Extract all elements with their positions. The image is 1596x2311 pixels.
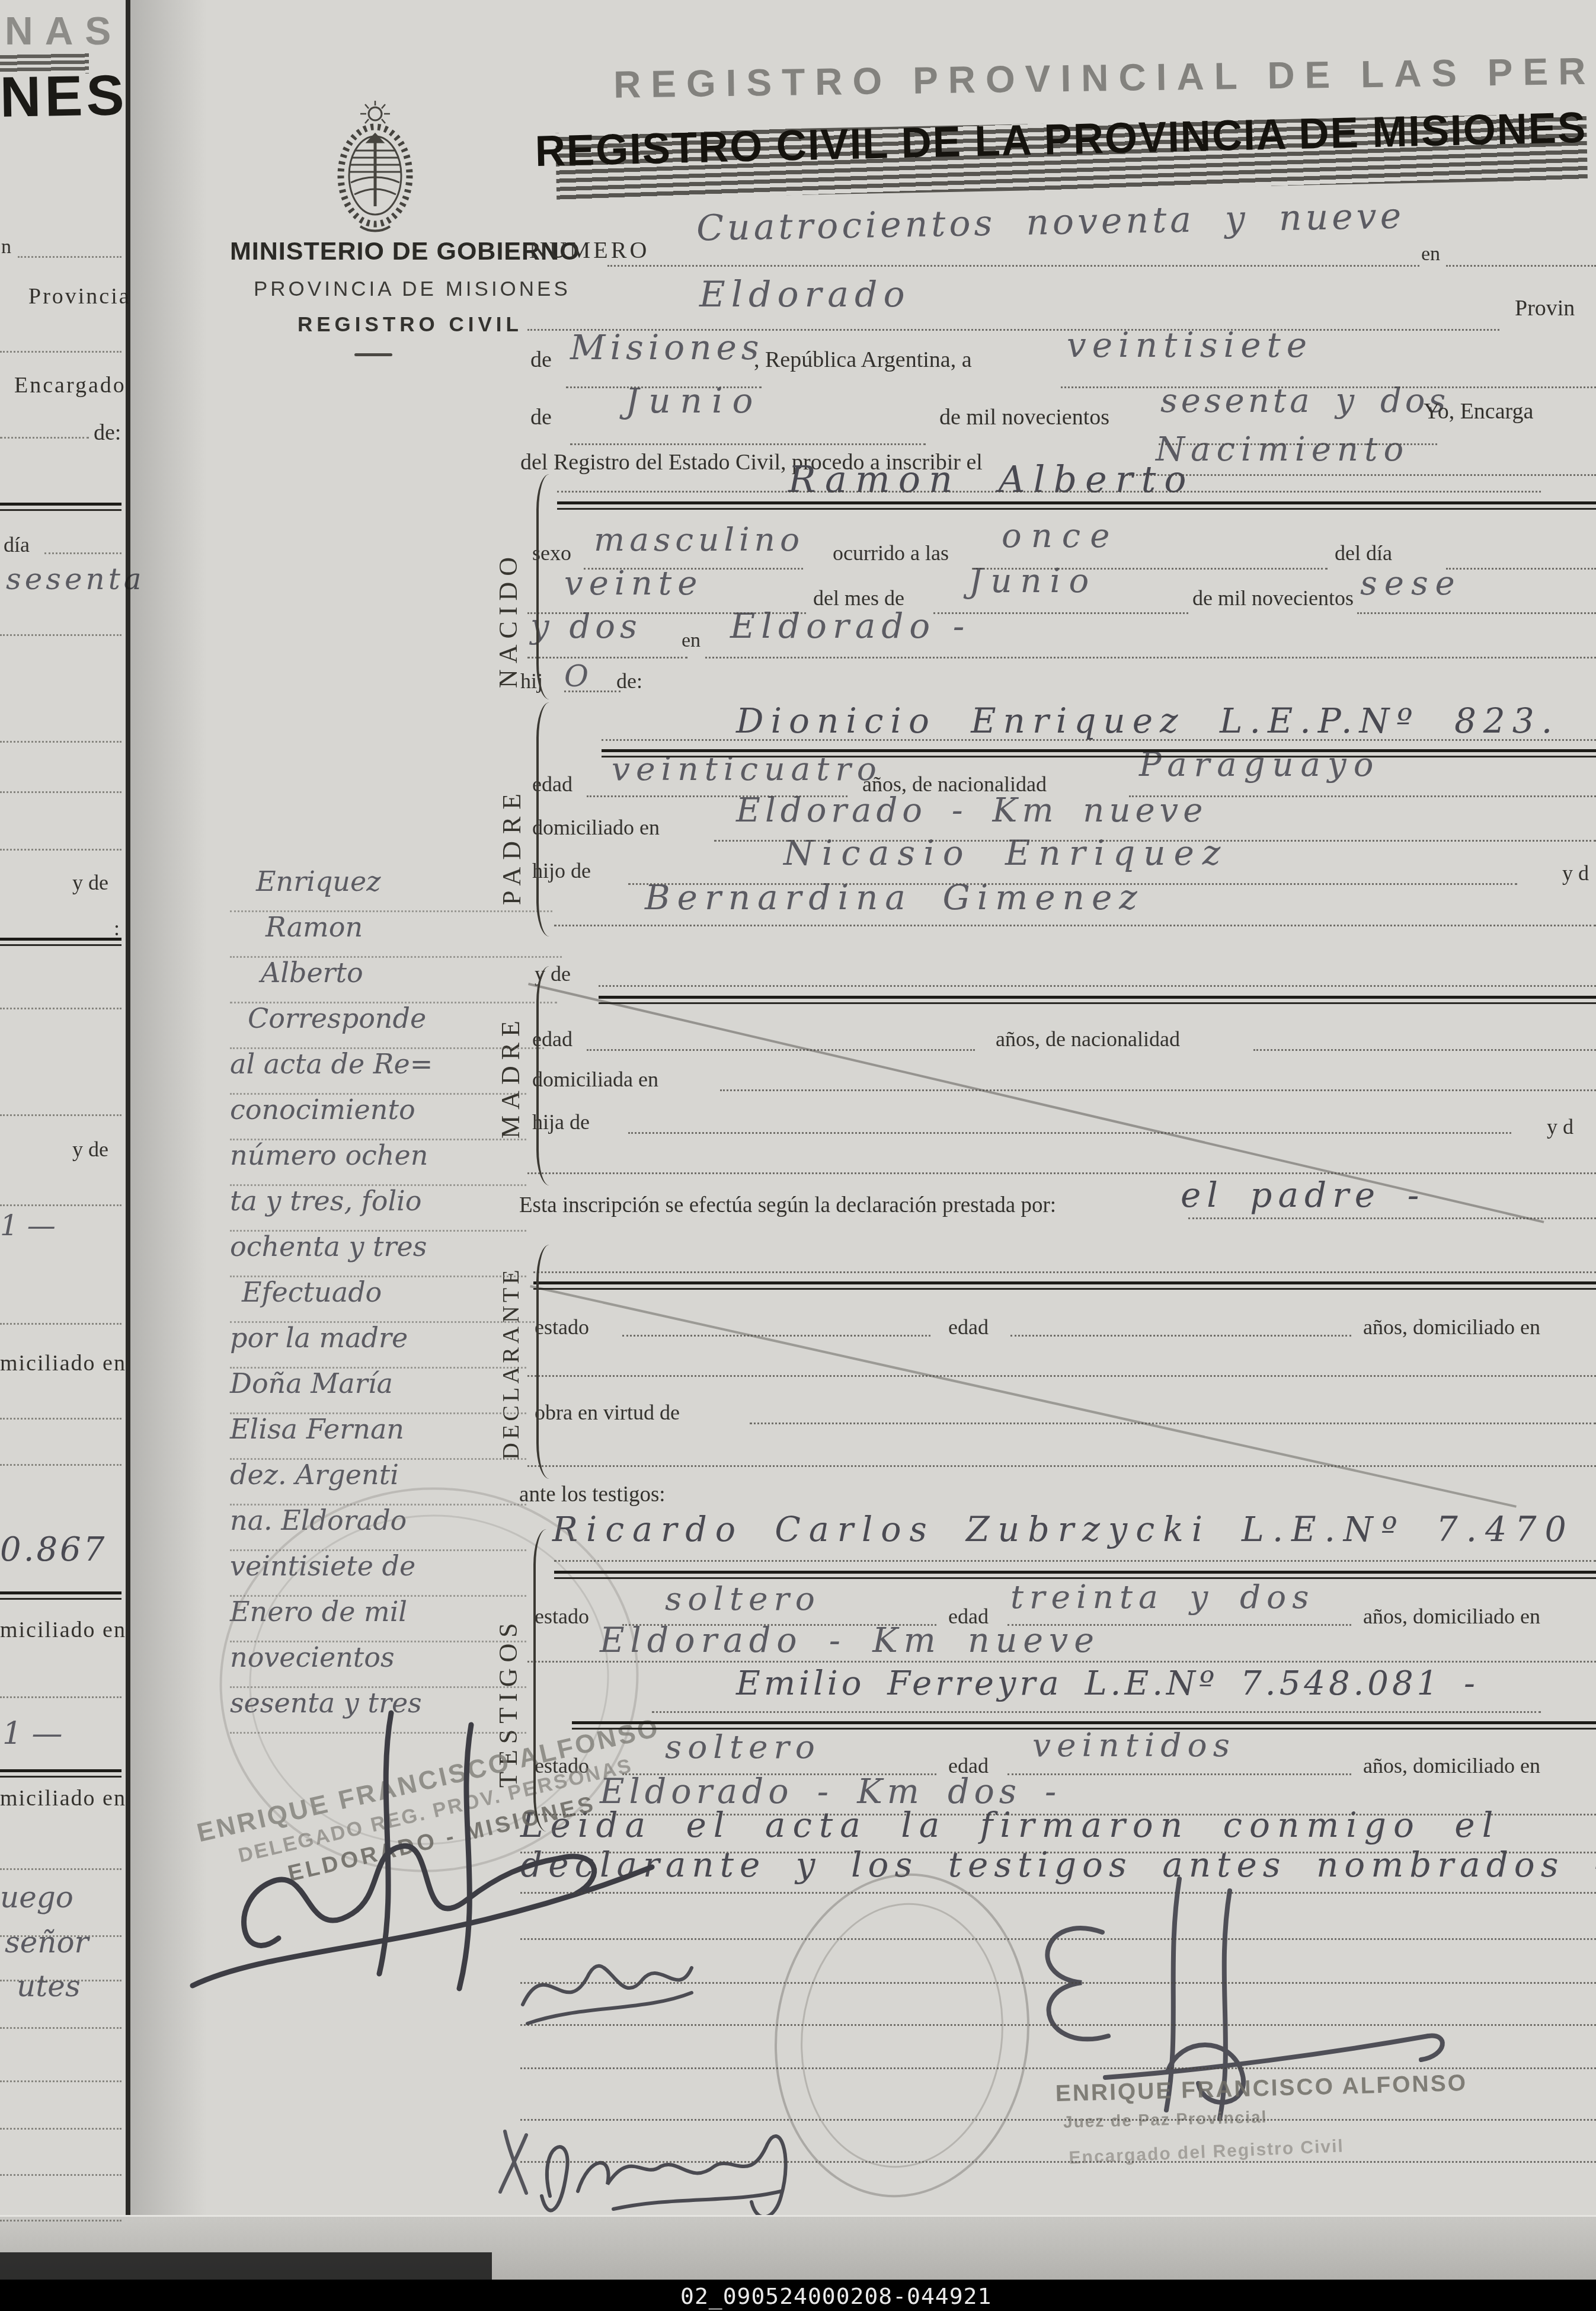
- declarante-value: el padre -: [1181, 1175, 1425, 1215]
- field-line: [0, 1868, 121, 1870]
- de-label: de: [530, 347, 552, 373]
- testigo2-edad-value: veintidos: [1032, 1726, 1236, 1764]
- field-line: [520, 2161, 1596, 2163]
- margin-note-line: Ramon: [230, 911, 562, 958]
- field-line: [0, 2128, 121, 2130]
- page-bottom-dark-corner: [0, 2252, 492, 2280]
- field-line: [587, 1049, 975, 1051]
- margin-note-line: Corresponde: [230, 1002, 544, 1049]
- field-line: [527, 329, 1499, 331]
- heavy-rule: [0, 1591, 121, 1600]
- declarante-obra-label: obra en virtud de: [535, 1400, 680, 1425]
- padre-name-value: Dionicio Enriquez L.E.P.Nº 823.: [736, 701, 1559, 741]
- field-line: [0, 634, 121, 636]
- field-line: [1159, 443, 1437, 445]
- field-line: [18, 256, 121, 258]
- field-line: [520, 2067, 1596, 2069]
- field-line: [44, 552, 121, 554]
- heavy-rule: [0, 1769, 121, 1778]
- signature-declarante: [511, 1933, 706, 2046]
- field-line: [972, 568, 1328, 570]
- field-line: [750, 1423, 1596, 1424]
- scanned-birth-record-page: NAS NES n Provincia Encargado de: día se…: [0, 0, 1596, 2311]
- section-bracket: [536, 474, 553, 699]
- coat-of-arms-icon: [325, 100, 426, 239]
- heavy-rule: [557, 501, 1596, 510]
- prev-page-hw-antes: utes: [17, 1969, 81, 2003]
- sexo-value: masculino: [594, 520, 804, 558]
- margin-note-line: Enriquez: [230, 865, 552, 912]
- field-line: [599, 985, 1596, 987]
- binding-line: [126, 0, 130, 2282]
- field-line: [0, 1935, 121, 1937]
- field-line: [720, 1089, 1596, 1091]
- testigo1-name: Ricardo Carlos Zubrzycki L.E.Nº 7.470: [552, 1510, 1575, 1549]
- field-line: [520, 1982, 1596, 1984]
- day-value: veintisiete: [1067, 325, 1313, 365]
- testigo2-domicilio-label: años, domiciliado en: [1363, 1753, 1540, 1778]
- field-line: [0, 741, 121, 743]
- prev-page-label-dia: día: [4, 532, 30, 557]
- dia-value: veinte: [564, 564, 703, 603]
- field-line: [1188, 1217, 1596, 1219]
- section-bracket: [536, 966, 553, 1185]
- field-line: [527, 1661, 1596, 1663]
- field-line: [0, 437, 89, 439]
- margin-note-line: al acta de Re=: [230, 1048, 526, 1095]
- juez-stamp: ENRIQUE FRANCISCO ALFONSO Juez de Paz Pr…: [1055, 2070, 1469, 2165]
- prev-page-hw-senor: señor: [5, 1925, 88, 1960]
- field-line: [1446, 265, 1596, 267]
- field-line: [533, 1271, 1596, 1273]
- field-line: [652, 1711, 1541, 1713]
- field-line: [0, 351, 121, 353]
- field-line: [520, 2024, 1596, 2026]
- field-line: [0, 849, 121, 851]
- heavy-rule: [0, 938, 121, 946]
- del-dia-label: del día: [1335, 541, 1392, 565]
- field-line: [1010, 1335, 1351, 1337]
- city-value: Eldorado: [699, 274, 911, 315]
- section-bracket: [533, 1529, 550, 1831]
- field-line: [0, 2174, 121, 2176]
- field-line: [1253, 1049, 1596, 1051]
- field-line: [527, 1172, 1596, 1174]
- field-line: [1126, 474, 1596, 476]
- de-label-2: de: [530, 404, 552, 430]
- field-line: [0, 1696, 121, 1698]
- heavy-rule: [0, 503, 121, 511]
- field-line: [622, 1773, 936, 1775]
- section-bracket: [536, 702, 553, 936]
- signature-testigo: [522, 2107, 842, 2226]
- prev-page-label-domiciliado-3: miciliado en: [0, 1785, 126, 1811]
- numero-label: NUMERO: [529, 236, 650, 264]
- margin-note-line: por la madre: [230, 1322, 526, 1369]
- prev-page-label-domiciliado-2: miciliado en: [0, 1617, 126, 1643]
- margin-note-line: número ochen: [230, 1139, 526, 1186]
- field-line: [584, 568, 803, 570]
- field-line: [520, 1938, 1596, 1940]
- section-bracket: [536, 1245, 553, 1479]
- field-line: [520, 2119, 1596, 2121]
- field-line: [705, 657, 1596, 659]
- field-line: [587, 795, 847, 797]
- madre-nacionalidad-label: años, de nacionalidad: [996, 1027, 1180, 1051]
- prev-page-colon: :: [114, 916, 120, 941]
- field-line: [557, 491, 1541, 493]
- field-line: [0, 1980, 121, 1981]
- prev-page-hw-number: 0.867: [0, 1530, 107, 1569]
- field-line: [0, 2080, 121, 2082]
- letterhead-dash: [354, 353, 392, 356]
- declarante-edad-label: edad: [948, 1315, 989, 1340]
- prev-page-label-de: de:: [94, 420, 121, 446]
- field-line: [566, 386, 762, 388]
- margin-note-line: Alberto: [230, 957, 557, 1003]
- hora-value: once: [1002, 517, 1119, 555]
- padre-y-de-cut: y d: [1562, 861, 1589, 886]
- madre-y-de-cut: y d: [1547, 1114, 1573, 1139]
- mil-novecientos-label-2: de mil novecientos: [1192, 586, 1354, 610]
- prev-page-label-y-de: y de: [72, 870, 108, 895]
- field-line: [628, 883, 1517, 885]
- section-label-nacido: NACIDO: [493, 522, 523, 717]
- margin-note-line: Elisa Fernan: [230, 1413, 526, 1460]
- juez-stamp-line2: Juez de Paz Provincial: [1063, 2102, 1469, 2132]
- margin-note-line: conocimiento: [230, 1094, 526, 1140]
- prev-page-label-provincia: Provincia: [28, 283, 131, 309]
- margin-note-line: ochenta y tres: [230, 1230, 526, 1277]
- prev-page-label-encargado: Encargado: [14, 372, 126, 398]
- field-line: [570, 443, 926, 445]
- heavy-rule: [572, 1721, 1596, 1730]
- field-line: [622, 1624, 936, 1626]
- field-line: [1129, 795, 1596, 797]
- declaracion-line: Esta inscripción se efectúa según la dec…: [519, 1193, 1056, 1218]
- field-line: [1446, 568, 1596, 570]
- prev-page-hw-luego: uego: [0, 1880, 73, 1914]
- field-line: [527, 1375, 1596, 1377]
- letterhead-province: PROVINCIA DE MISIONES: [254, 277, 571, 301]
- testigo1-domicilio-label: años, domiciliado en: [1363, 1604, 1540, 1629]
- ante-testigos-label: ante los testigos:: [519, 1482, 666, 1507]
- en-label: en: [1421, 243, 1440, 266]
- field-line: [1008, 1773, 1351, 1775]
- field-line: [628, 1132, 1511, 1134]
- field-line: [527, 1814, 1596, 1815]
- testigo1-estado-value: soltero: [665, 1580, 821, 1618]
- field-line: [607, 265, 1419, 267]
- heavy-rule: [554, 1571, 1596, 1579]
- field-line: [0, 2220, 121, 2221]
- republica-label: , República Argentina, a: [754, 347, 972, 373]
- letterhead-office: REGISTRO CIVIL: [298, 313, 523, 337]
- prev-page-hw-stub: 1 —: [0, 1209, 56, 1242]
- field-line: [1061, 386, 1596, 388]
- provincia-label-cut: Provin: [1515, 295, 1575, 321]
- hijo-o-value: O: [564, 659, 588, 693]
- margin-note-line: ta y tres, folio: [230, 1185, 526, 1232]
- field-line: [1008, 1624, 1351, 1626]
- margin-note-line: Doña María: [230, 1367, 526, 1414]
- heavy-rule: [533, 1281, 1596, 1290]
- field-line: [0, 1204, 121, 1206]
- field-line: [564, 691, 621, 692]
- field-line: [933, 612, 1188, 614]
- field-line: [554, 1560, 1596, 1562]
- prev-page-label-domiciliado: miciliado en: [0, 1350, 126, 1376]
- scan-id-bar: 02_090524000208-044921: [0, 2280, 1596, 2311]
- field-line: [554, 925, 1596, 926]
- field-line: [0, 2027, 121, 2029]
- heavy-rule: [602, 749, 1596, 757]
- prev-page-stamp-fragment-big: NES: [0, 63, 128, 130]
- field-line: [527, 1465, 1596, 1467]
- provincia-value: Misiones: [570, 327, 764, 367]
- field-line: [527, 612, 806, 614]
- field-line: [520, 1892, 1596, 1894]
- field-line: [0, 1418, 121, 1420]
- field-line: [0, 1464, 121, 1466]
- field-line: [520, 1852, 1596, 1853]
- field-line: [622, 1335, 930, 1337]
- prev-page-stamp-fragment: NAS: [5, 8, 123, 53]
- testigo1-edad-value: treinta y dos: [1010, 1578, 1314, 1616]
- padre-abuelo-value: Nicasio Enriquez: [783, 833, 1229, 873]
- prev-page-label-y-de-2: y de: [72, 1137, 108, 1162]
- field-line: [714, 840, 1596, 842]
- margin-note-line: Efectuado: [230, 1276, 538, 1323]
- prev-page-hw-dash: 1 —: [2, 1716, 63, 1751]
- hijo-de-label: de:: [616, 669, 642, 693]
- yo-encargado-label: Yo, Encarga: [1424, 398, 1533, 424]
- mil-novecientos-label: de mil novecientos: [939, 404, 1109, 430]
- field-line: [0, 1114, 121, 1116]
- testigo2-name: Emilio Ferreyra L.E.Nº 7.548.081 -: [736, 1664, 1479, 1703]
- prev-page-hw-sesenta: sesenta: [6, 562, 145, 596]
- testigo1-domicilio-value: Eldorado - Km nueve: [600, 1621, 1100, 1660]
- field-line: [0, 1323, 121, 1325]
- nacido-name-value: Ramon Alberto: [788, 458, 1195, 501]
- header-stamp-old: REGISTRO PROVINCIAL DE LAS PERSONAS: [613, 46, 1596, 106]
- en-label-2: en: [682, 629, 701, 652]
- scan-id-label: 02_090524000208-044921: [680, 2283, 991, 2309]
- field-line: [0, 791, 121, 793]
- heavy-rule: [599, 996, 1596, 1004]
- anio-value-cut: sese: [1360, 564, 1462, 603]
- field-line: [0, 1008, 121, 1009]
- prev-page-label-n: n: [1, 236, 11, 258]
- field-line: [602, 739, 1596, 741]
- numero-value: Cuatrocientos noventa y nueve: [696, 196, 1405, 250]
- ocurrido-label: ocurrido a las: [833, 541, 949, 565]
- letterhead-ministry: MINISTERIO DE GOBIERNO: [230, 237, 580, 266]
- declarante-domicilio-label: años, domiciliado en: [1363, 1315, 1540, 1340]
- field-line: [1357, 612, 1596, 614]
